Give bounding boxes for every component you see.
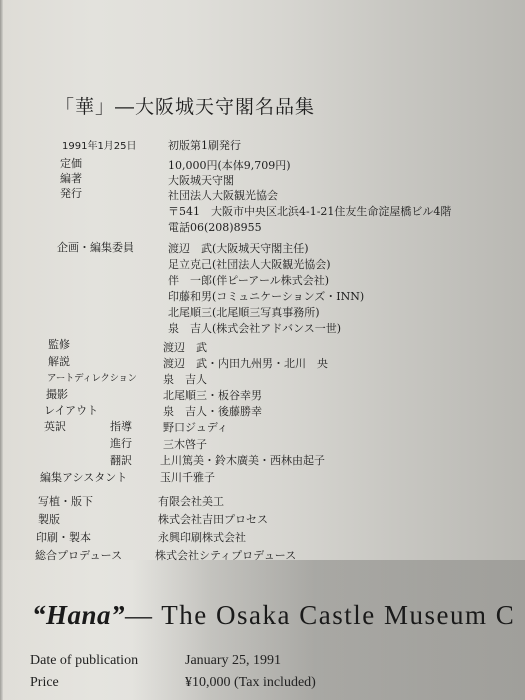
- english-price-label: Price: [30, 675, 59, 691]
- english-title-rest: — The Osaka Castle Museum C: [125, 600, 515, 630]
- production-label: 写植・版下: [38, 493, 93, 509]
- production-value: 株式会社吉田プロセス: [158, 511, 268, 527]
- credit-value: 渡辺 武: [163, 339, 207, 355]
- publication-date: 1991年1月25日: [62, 137, 137, 152]
- assistant-label: 編集アシスタント: [40, 469, 127, 485]
- editor-value: 大阪城天守閣: [168, 172, 234, 188]
- japanese-title: 「華」―大阪城天守閣名品集: [55, 92, 315, 119]
- committee-member: 泉 吉人(株式会社アドバンス一世): [168, 320, 341, 336]
- production-value: 永興印刷株式会社: [158, 529, 246, 545]
- translation-sublabel: 指導: [110, 418, 132, 434]
- committee-member: 足立克己(社団法人大阪観光協会): [168, 256, 331, 272]
- committee-member: 伴 一郎(伴ピーアール株式会社): [168, 272, 329, 288]
- credit-value: 泉 吉人・後藤勝幸: [163, 403, 262, 419]
- editor-label: 編著: [60, 170, 82, 186]
- edition-text: 初版第1刷発行: [168, 137, 241, 153]
- translation-value: 上川篤美・鈴木廣美・西林由起子: [160, 452, 325, 468]
- committee-label: 企画・編集委員: [57, 239, 134, 255]
- english-date-label: Date of publication: [30, 653, 138, 669]
- committee-member: 渡辺 武(大阪城天守閣主任): [168, 240, 309, 256]
- credit-label: 解説: [48, 353, 70, 369]
- english-title-hana: “Hana”: [32, 600, 125, 630]
- publisher-address: 〒541 大阪市中央区北浜4-1-21住友生命淀屋橋ビル4階: [168, 203, 451, 219]
- production-value: 有限会社美工: [158, 493, 224, 509]
- assistant-value: 玉川千雅子: [160, 469, 215, 485]
- credit-label: 撮影: [46, 386, 68, 402]
- page-edge: [0, 0, 3, 700]
- price-value: 10,000円(本体9,709円): [168, 157, 291, 173]
- production-value: 株式会社シティプロデュース: [155, 547, 296, 563]
- translation-value: 三木啓子: [163, 436, 207, 452]
- translation-sublabel: 翻訳: [110, 452, 132, 468]
- translation-value: 野口ジュディ: [163, 419, 228, 435]
- english-title: “Hana”— The Osaka Castle Museum C: [32, 600, 515, 631]
- publisher-name: 社団法人大阪観光協会: [168, 187, 278, 203]
- credit-value: 北尾順三・板谷幸男: [163, 387, 262, 403]
- translation-sublabel: 進行: [110, 435, 132, 451]
- english-date-value: January 25, 1991: [185, 653, 281, 669]
- production-label: 印刷・製本: [36, 529, 91, 545]
- committee-member: 印藤和男(コミュニケーションズ・INN): [168, 288, 364, 304]
- publisher-label: 発行: [60, 185, 82, 201]
- committee-member: 北尾順三(北尾順三写真事務所): [168, 304, 320, 320]
- publisher-phone: 電話06(208)8955: [168, 219, 262, 235]
- production-label: 製版: [38, 511, 60, 527]
- production-label: 総合プロデュース: [35, 547, 122, 563]
- credit-label: 監修: [48, 336, 70, 352]
- credit-value: 渡辺 武・内田九州男・北川 央: [163, 355, 328, 371]
- translation-label: 英訳: [44, 418, 66, 434]
- credit-label: レイアウト: [44, 402, 98, 418]
- credit-value: 泉 吉人: [163, 371, 207, 387]
- credit-label: アートディレクション: [47, 370, 137, 384]
- english-price-value: ¥10,000 (Tax included): [185, 675, 316, 691]
- price-label: 定価: [60, 155, 82, 171]
